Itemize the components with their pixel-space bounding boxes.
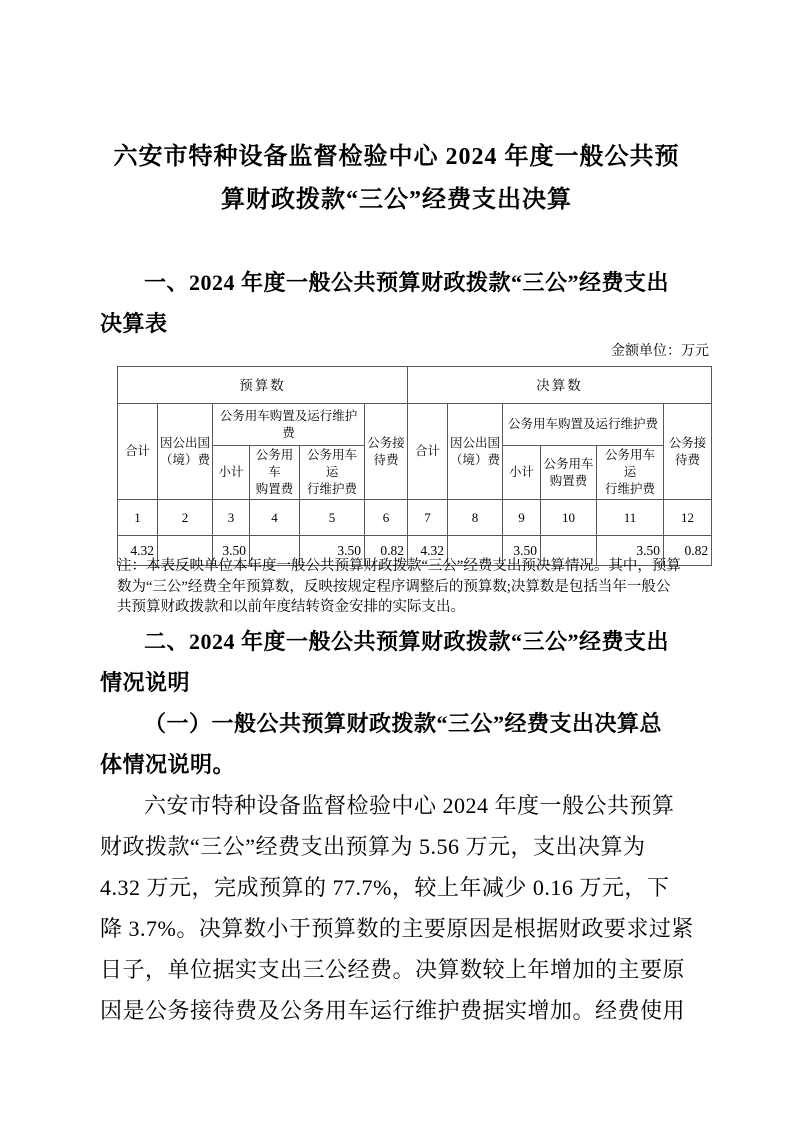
table-header-row-top: 合计 因公出国 （境）费 公务用车购置及运行维护费 公务接 待费 合计 因公出国… <box>118 404 712 446</box>
header-budget-abroad: 因公出国 （境）费 <box>158 404 213 500</box>
table-note-line-1: 注：本表反映单位本年度一般公共预算财政拨款“三公”经费支出预决算情况。其中，预算 <box>117 556 711 577</box>
header-final-vehicle-group: 公务用车购置及运行维护费 <box>503 404 664 446</box>
group-header-budget: 预算数 <box>118 367 408 404</box>
header-final-purchase: 公务用车 购置费 <box>541 446 597 500</box>
paragraph-line: 因是公务接待费及公务用车运行维护费据实增加。经费使用 <box>100 990 680 1031</box>
col-number: 1 <box>118 500 158 536</box>
paragraph-line: 六安市特种设备监督检验中心 2024 年度一般公共预算 <box>100 785 680 826</box>
document-title: 六安市特种设备监督检验中心 2024 年度一般公共预 算财政拨款“三公”经费支出… <box>0 136 793 222</box>
document-title-line-1: 六安市特种设备监督检验中心 2024 年度一般公共预 <box>0 136 793 179</box>
section2-heading-line-2: 情况说明 <box>100 662 680 703</box>
col-number: 6 <box>365 500 408 536</box>
col-number: 7 <box>408 500 448 536</box>
budget-final-table: 预算数 决算数 合计 因公出国 （境）费 公务用车购置及运行维护费 公务接 待费… <box>117 366 712 566</box>
header-budget-vehicle-group: 公务用车购置及运行维护费 <box>213 404 365 446</box>
section1-heading-line-2: 决算表 <box>100 303 682 344</box>
col-number: 11 <box>597 500 664 536</box>
header-budget-total: 合计 <box>118 404 158 500</box>
document-page: 六安市特种设备监督检验中心 2024 年度一般公共预 算财政拨款“三公”经费支出… <box>0 0 793 1122</box>
col-number: 2 <box>158 500 213 536</box>
col-number: 10 <box>541 500 597 536</box>
section2-subheading-line-1: （一）一般公共预算财政拨款“三公”经费支出决算总 <box>100 703 680 744</box>
header-budget-reception: 公务接 待费 <box>365 404 408 500</box>
table-unit-note: 金额单位：万元 <box>117 340 709 360</box>
header-budget-maintenance: 公务用车运 行维护费 <box>300 446 365 500</box>
section2-heading-line-1: 二、2024 年度一般公共预算财政拨款“三公”经费支出 <box>100 621 680 662</box>
paragraph-line: 日子，单位据实支出三公经费。决算数较上年增加的主要原 <box>100 949 680 990</box>
document-title-line-2: 算财政拨款“三公”经费支出决算 <box>0 179 793 222</box>
col-number: 4 <box>250 500 300 536</box>
table-note-line-2: 数为“三公”经费全年预算数，反映按规定程序调整后的预算数;决算数是包括当年一般公 <box>117 577 711 598</box>
table-note-line-3: 共预算财政拨款和以前年度结转资金安排的实际支出。 <box>117 597 711 618</box>
header-final-subtotal: 小计 <box>503 446 541 500</box>
paragraph-line: 降 3.7%。决算数小于预算数的主要原因是根据财政要求过紧 <box>100 908 680 949</box>
section1-heading: 一、2024 年度一般公共预算财政拨款“三公”经费支出 决算表 <box>100 262 682 344</box>
section2-content: 二、2024 年度一般公共预算财政拨款“三公”经费支出 情况说明 （一）一般公共… <box>100 621 680 1031</box>
header-final-reception: 公务接 待费 <box>664 404 712 500</box>
header-budget-subtotal: 小计 <box>213 446 250 500</box>
section1-heading-line-1: 一、2024 年度一般公共预算财政拨款“三公”经费支出 <box>100 262 682 303</box>
three-public-expense-table: 预算数 决算数 合计 因公出国 （境）费 公务用车购置及运行维护费 公务接 待费… <box>117 366 711 566</box>
col-number: 12 <box>664 500 712 536</box>
paragraph-line: 财政拨款“三公”经费支出预算为 5.56 万元，支出决算为 <box>100 826 680 867</box>
col-number: 8 <box>448 500 503 536</box>
table-group-header-row: 预算数 决算数 <box>118 367 712 404</box>
paragraph-line: 4.32 万元，完成预算的 77.7%，较上年减少 0.16 万元，下 <box>100 867 680 908</box>
section2-subheading-line-2: 体情况说明。 <box>100 744 680 785</box>
header-final-total: 合计 <box>408 404 448 500</box>
col-number: 3 <box>213 500 250 536</box>
col-number: 9 <box>503 500 541 536</box>
table-note: 注：本表反映单位本年度一般公共预算财政拨款“三公”经费支出预决算情况。其中，预算… <box>117 556 711 618</box>
header-final-abroad: 因公出国 （境）费 <box>448 404 503 500</box>
table-column-number-row: 1 2 3 4 5 6 7 8 9 10 11 12 <box>118 500 712 536</box>
header-final-maintenance: 公务用车运 行维护费 <box>597 446 664 500</box>
group-header-final: 决算数 <box>408 367 712 404</box>
header-budget-purchase: 公务用车 购置费 <box>250 446 300 500</box>
col-number: 5 <box>300 500 365 536</box>
